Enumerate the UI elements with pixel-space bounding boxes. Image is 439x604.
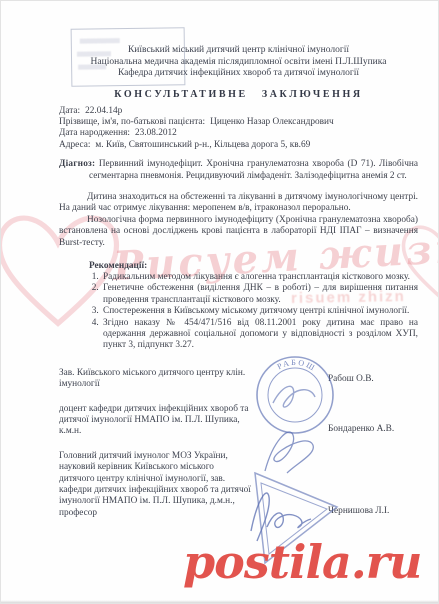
signer-position: доцент кафедри дитячих інфекційних хворо… [59,404,251,438]
signer-position: Зав. Київського міського дитячого центру… [59,368,251,391]
signer-name: Бондаренко А.В. [328,424,418,435]
recommendations-label: Рекомендації: [89,261,418,271]
patient-name-label: Прізвище, ім'я, по-батькові пацієнта: [59,117,205,127]
signer-position: Головний дитячий імунолог МОЗ України, н… [59,451,251,519]
scanned-medical-document: Рисуем жизнь risuem zhizn Київський місь… [0,0,439,604]
diagnosis-label: Діагноз: [59,159,95,169]
org-line-3: Кафедра дитячих інфекційних хвороб та ди… [59,68,418,80]
recommendations-list: Радикальним методом лікування є алогенна… [59,272,418,352]
patient-name-line: Прізвище, ім'я, по-батькові пацієнта:Циц… [59,117,418,128]
signer-name: Рабош О.В. [328,374,418,385]
org-line-1: Київський міський дитячий центр клінічно… [59,45,418,57]
date-line: Дата:22.04.14р [59,106,418,117]
birth-date-label: Дата народження: [59,128,130,138]
diagnosis-text: Первинний імунодефіцит. Хронічна грануле… [89,159,418,180]
birth-date-value: 23.08.2012 [135,128,177,138]
recommendation-item: Радикальним методом лікування є алогенна… [101,272,418,283]
recommendation-item: Генетичне обстеження (виділення ДНК – в … [101,283,418,306]
patient-info: Дата:22.04.14р Прізвище, ім'я, по-батько… [59,106,418,152]
recommendation-item: Спостереження в Київському міському дитя… [101,306,418,317]
date-label: Дата: [59,106,80,116]
signature-row-rabosh: Зав. Київського міського дитячого центру… [59,368,418,391]
address-label: Адреса: [59,140,90,150]
recommendation-item: Згідно наказу № 454/471/516 від 08.11.20… [101,318,418,352]
body-paragraph-2: Нозологічна форма первинного імунодефіци… [59,215,418,249]
document-content: Київський міський дитячий центр клінічно… [1,1,438,519]
diagnosis: Діагноз: Первинний імунодефіцит. Хронічн… [59,159,418,182]
address-value: м. Київ, Святошинський р-н., Кільцева до… [95,140,310,150]
document-header: Київський міський дитячий центр клінічно… [59,45,418,80]
patient-name-value: Циценко Назар Олександрович [210,117,334,127]
body-paragraph-1: Дитина знаходиться на обстеженні та ліку… [59,192,418,215]
date-value: 22.04.14р [85,106,122,116]
signature-row-bondarenko: доцент кафедри дитячих інфекційних хворо… [59,404,418,438]
document-title: КОНСУЛЬТАТИВНЕ ЗАКЛЮЧЕННЯ [59,89,418,100]
birth-date-line: Дата народження:23.08.2012 [59,128,418,139]
postila-watermark: postila.ru [183,535,421,589]
org-line-2: Національна медична академія післядиплом… [59,57,418,69]
address-line: Адреса:м. Київ, Святошинський р-н., Кіль… [59,140,418,151]
